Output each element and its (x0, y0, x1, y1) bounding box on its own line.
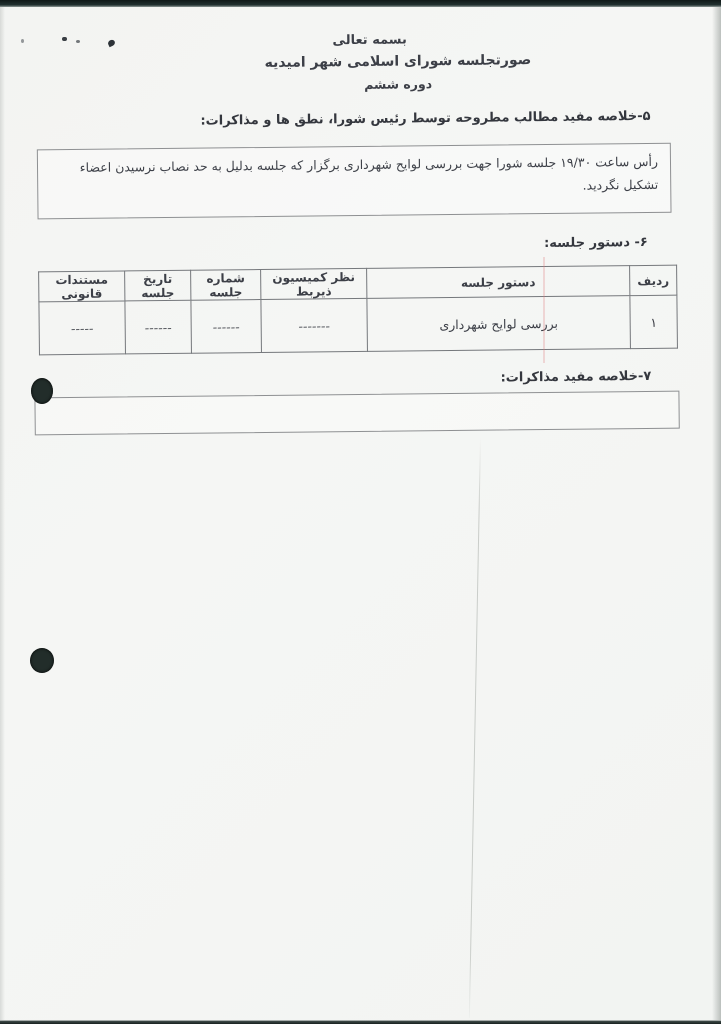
cell-commission-opinion: ------- (261, 298, 368, 352)
agenda-table: ردیف دستور جلسه نظر کمیسیون ذیربط شماره … (38, 265, 678, 356)
cell-row-no: ۱ (630, 295, 678, 348)
col-header-session-no: شماره جلسه (191, 270, 261, 301)
ink-speck (21, 39, 24, 43)
document-content: بسمه تعالی صورتجلسه شورای اسلامی شهر امی… (0, 0, 721, 1024)
ink-speck (62, 37, 67, 41)
section-7-content-box (34, 391, 679, 436)
document-header: بسمه تعالی صورتجلسه شورای اسلامی شهر امی… (138, 30, 659, 94)
council-term: دوره ششم (138, 74, 658, 94)
col-header-legal-docs: مستندات قانونی (39, 271, 125, 302)
ink-speck (76, 40, 80, 43)
col-header-session-date: تاریخ جلسه (125, 270, 191, 301)
col-header-commission-opinion: نظر کمیسیون ذیربط (261, 268, 367, 299)
col-header-row-no: ردیف (630, 265, 677, 295)
punch-hole-bottom (30, 648, 54, 673)
document-title: صورتجلسه شورای اسلامی شهر امیدیه (138, 51, 658, 72)
section-5-heading: ۵-خلاصه مفید مطالب مطروحه توسط رئیس شورا… (200, 109, 650, 129)
section-7-heading: ۷-خلاصه مفید مذاکرات: (500, 369, 651, 386)
invocation-line: بسمه تعالی (110, 30, 630, 50)
cell-session-no: ------ (191, 300, 262, 354)
cell-legal-docs: ----- (39, 301, 126, 355)
section-6-heading: ۶- دستور جلسه: (544, 235, 648, 251)
punch-hole-top (31, 378, 53, 404)
section-5-summary-text: رأس ساعت ۱۹/۳۰ جلسه شورا جهت بررسی لوایح… (80, 154, 659, 192)
page-edge-right (712, 7, 721, 1020)
scanner-streak (543, 257, 545, 363)
scanner-edge-bottom (0, 1020, 721, 1024)
page-edge-left (0, 7, 5, 1020)
scanner-edge-top (0, 0, 721, 7)
scanned-document-page: بسمه تعالی صورتجلسه شورای اسلامی شهر امی… (0, 0, 721, 1024)
col-header-agenda: دستور جلسه (367, 266, 630, 299)
cell-session-date: ------ (125, 300, 192, 354)
cell-agenda: بررسی لوایح شهرداری (367, 296, 631, 352)
agenda-table-row: ۱ بررسی لوایح شهرداری ------- ------ ---… (39, 295, 678, 355)
section-5-summary-box: رأس ساعت ۱۹/۳۰ جلسه شورا جهت بررسی لوایح… (37, 143, 672, 220)
